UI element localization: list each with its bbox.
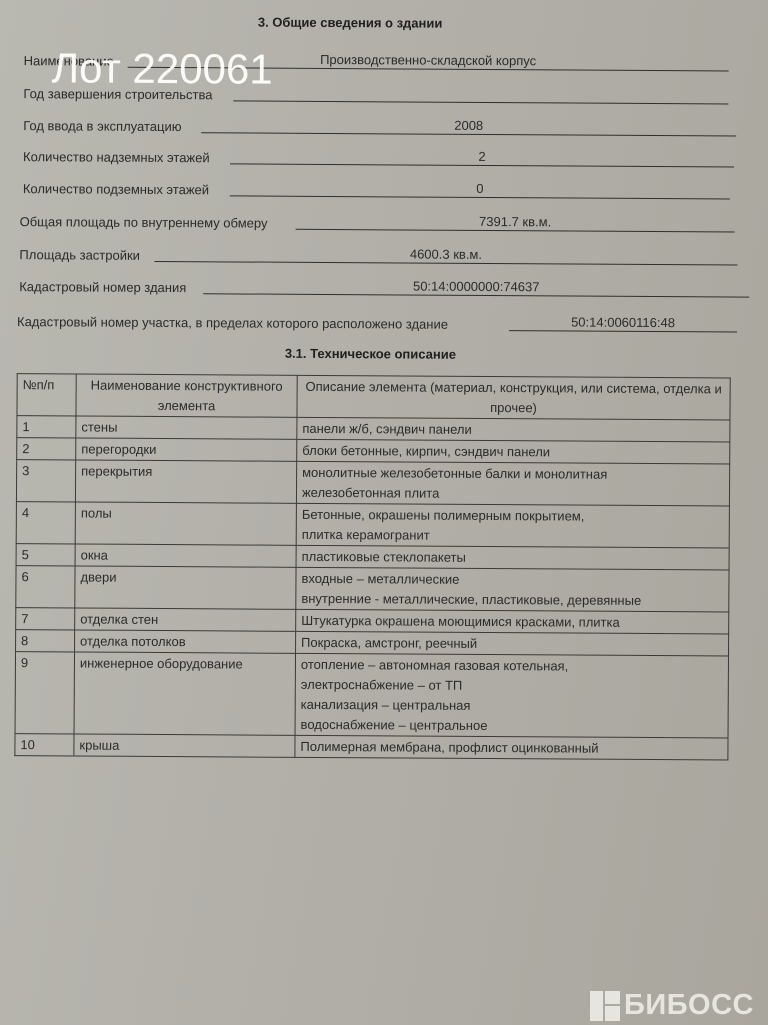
cell-element-name: стены (76, 416, 297, 439)
field-label: Кадастровый номер участка, в пределах ко… (17, 314, 448, 332)
cell-description: Бетонные, окрашены полимерным покрытием,… (296, 503, 729, 548)
field-commission-year: Год ввода в эксплуатацию 2008 (23, 115, 736, 139)
table-row: 4полыБетонные, окрашены полимерным покры… (16, 502, 729, 548)
cell-description: Полимерная мембрана, профлист оцинкованн… (295, 735, 728, 760)
cell-description: блоки бетонные, кирпич, сэндвич панели (297, 439, 730, 464)
table-row: 6дверивходные – металлическиевнутренние … (16, 566, 729, 612)
field-label: Количество надземных этажей (23, 149, 210, 165)
field-label: Общая площадь по внутреннему обмеру (20, 214, 268, 231)
cell-num: 4 (16, 502, 75, 544)
table-row: 10крышаПолимерная мембрана, профлист оци… (15, 734, 728, 760)
cell-element-name: перегородки (76, 438, 297, 461)
cell-element-name: инженерное оборудование (74, 652, 295, 735)
brand-name: БИБОСС (624, 989, 754, 1022)
description-line: пластиковые стеклопакеты (302, 547, 724, 570)
field-floors-below: Количество подземных этажей 0 (23, 178, 730, 202)
field-built-area: Площадь застройки 4600.3 кв.м. (19, 244, 737, 268)
cell-description: отопление – автономная газовая котельная… (295, 653, 728, 738)
description-line: блоки бетонные, кирпич, сэндвич панели (302, 441, 724, 464)
cell-description: Штукатурка окрашена моющимися красками, … (296, 609, 729, 634)
cell-num: 7 (16, 608, 75, 630)
cell-description: монолитные железобетонные балки и моноли… (296, 461, 729, 506)
cell-num: 5 (16, 544, 75, 566)
cell-description: панели ж/б, сэндвич панели (297, 417, 730, 442)
description-line: отопление – автономная газовая котельная… (301, 655, 723, 678)
field-value: 7391.7 кв.м. (296, 213, 735, 231)
technical-description-table: №п/п Наименование конструктивного элемен… (14, 373, 730, 760)
description-line: входные – металлические (301, 569, 723, 592)
field-plot-cadastral: Кадастровый номер участка, в пределах ко… (17, 311, 737, 335)
cell-num: 10 (15, 734, 74, 756)
description-line: канализация – центральная (301, 695, 723, 718)
section-title-general: 3. Общие сведения о здании (258, 15, 443, 31)
description-line: Штукатурка окрашена моющимися красками, … (301, 611, 723, 634)
section-title-technical: 3.1. Техническое описание (285, 346, 456, 362)
field-floors-above: Количество надземных этажей 2 (23, 146, 734, 170)
field-building-cadastral: Кадастровый номер здания 50:14:0000000:7… (19, 276, 749, 300)
description-line: электроснабжение – от ТП (301, 675, 723, 698)
table-row: 3перекрытиямонолитные железобетонные бал… (16, 460, 729, 506)
header-name: Наименование конструктивного элемента (76, 374, 297, 417)
cell-element-name: окна (75, 544, 296, 567)
cell-num: 9 (15, 652, 74, 734)
table-row: 9инженерное оборудованиеотопление – авто… (15, 652, 728, 738)
document-page: 3. Общие сведения о здании Наименование … (0, 0, 768, 1025)
field-value: 50:14:0060116:48 (509, 314, 737, 330)
cell-element-name: двери (75, 566, 296, 609)
field-total-area: Общая площадь по внутреннему обмеру 7391… (20, 211, 735, 235)
description-line: монолитные железобетонные балки и моноли… (302, 463, 724, 486)
field-value: 0 (230, 179, 730, 197)
cell-element-name: перекрытия (75, 460, 296, 503)
description-line: Полимерная мембрана, профлист оцинкованн… (300, 737, 722, 760)
field-underline (233, 100, 728, 104)
cell-num: 6 (16, 566, 75, 608)
description-line: Покраска, амстронг, реечный (301, 633, 723, 656)
field-label: Количество подземных этажей (23, 181, 209, 197)
description-line: плитка керамогранит (302, 525, 724, 548)
cell-description: пластиковые стеклопакеты (296, 545, 729, 570)
description-line: железобетонная плита (302, 483, 724, 506)
cell-element-name: отделка стен (75, 608, 296, 631)
table-header-row: №п/п Наименование конструктивного элемен… (17, 374, 730, 420)
brand-watermark: БИБОСС (590, 989, 754, 1022)
brand-logo-icon (590, 991, 620, 1021)
field-label: Кадастровый номер здания (19, 279, 186, 295)
header-num: №п/п (17, 374, 76, 416)
description-line: внутренние - металлические, пластиковые,… (301, 589, 723, 612)
description-line: водоснабжение – центральное (301, 715, 723, 738)
field-label: Площадь застройки (19, 247, 140, 263)
cell-description: входные – металлическиевнутренние - мета… (296, 567, 729, 612)
field-value: 2 (230, 147, 734, 165)
cell-num: 1 (17, 416, 76, 438)
cell-num: 3 (16, 460, 75, 502)
field-label: Год ввода в эксплуатацию (23, 118, 181, 134)
cell-element-name: полы (75, 502, 296, 545)
field-underline (509, 330, 737, 332)
cell-num: 8 (16, 630, 75, 652)
cell-element-name: крыша (74, 734, 295, 757)
cell-element-name: отделка потолков (75, 630, 296, 653)
description-line: панели ж/б, сэндвич панели (302, 419, 724, 442)
header-description: Описание элемента (материал, конструкция… (297, 375, 730, 420)
cell-description: Покраска, амстронг, реечный (296, 631, 729, 656)
description-line: Бетонные, окрашены полимерным покрытием, (302, 505, 724, 528)
lot-watermark: Лот 220061 (51, 44, 272, 93)
cell-num: 2 (17, 438, 76, 460)
